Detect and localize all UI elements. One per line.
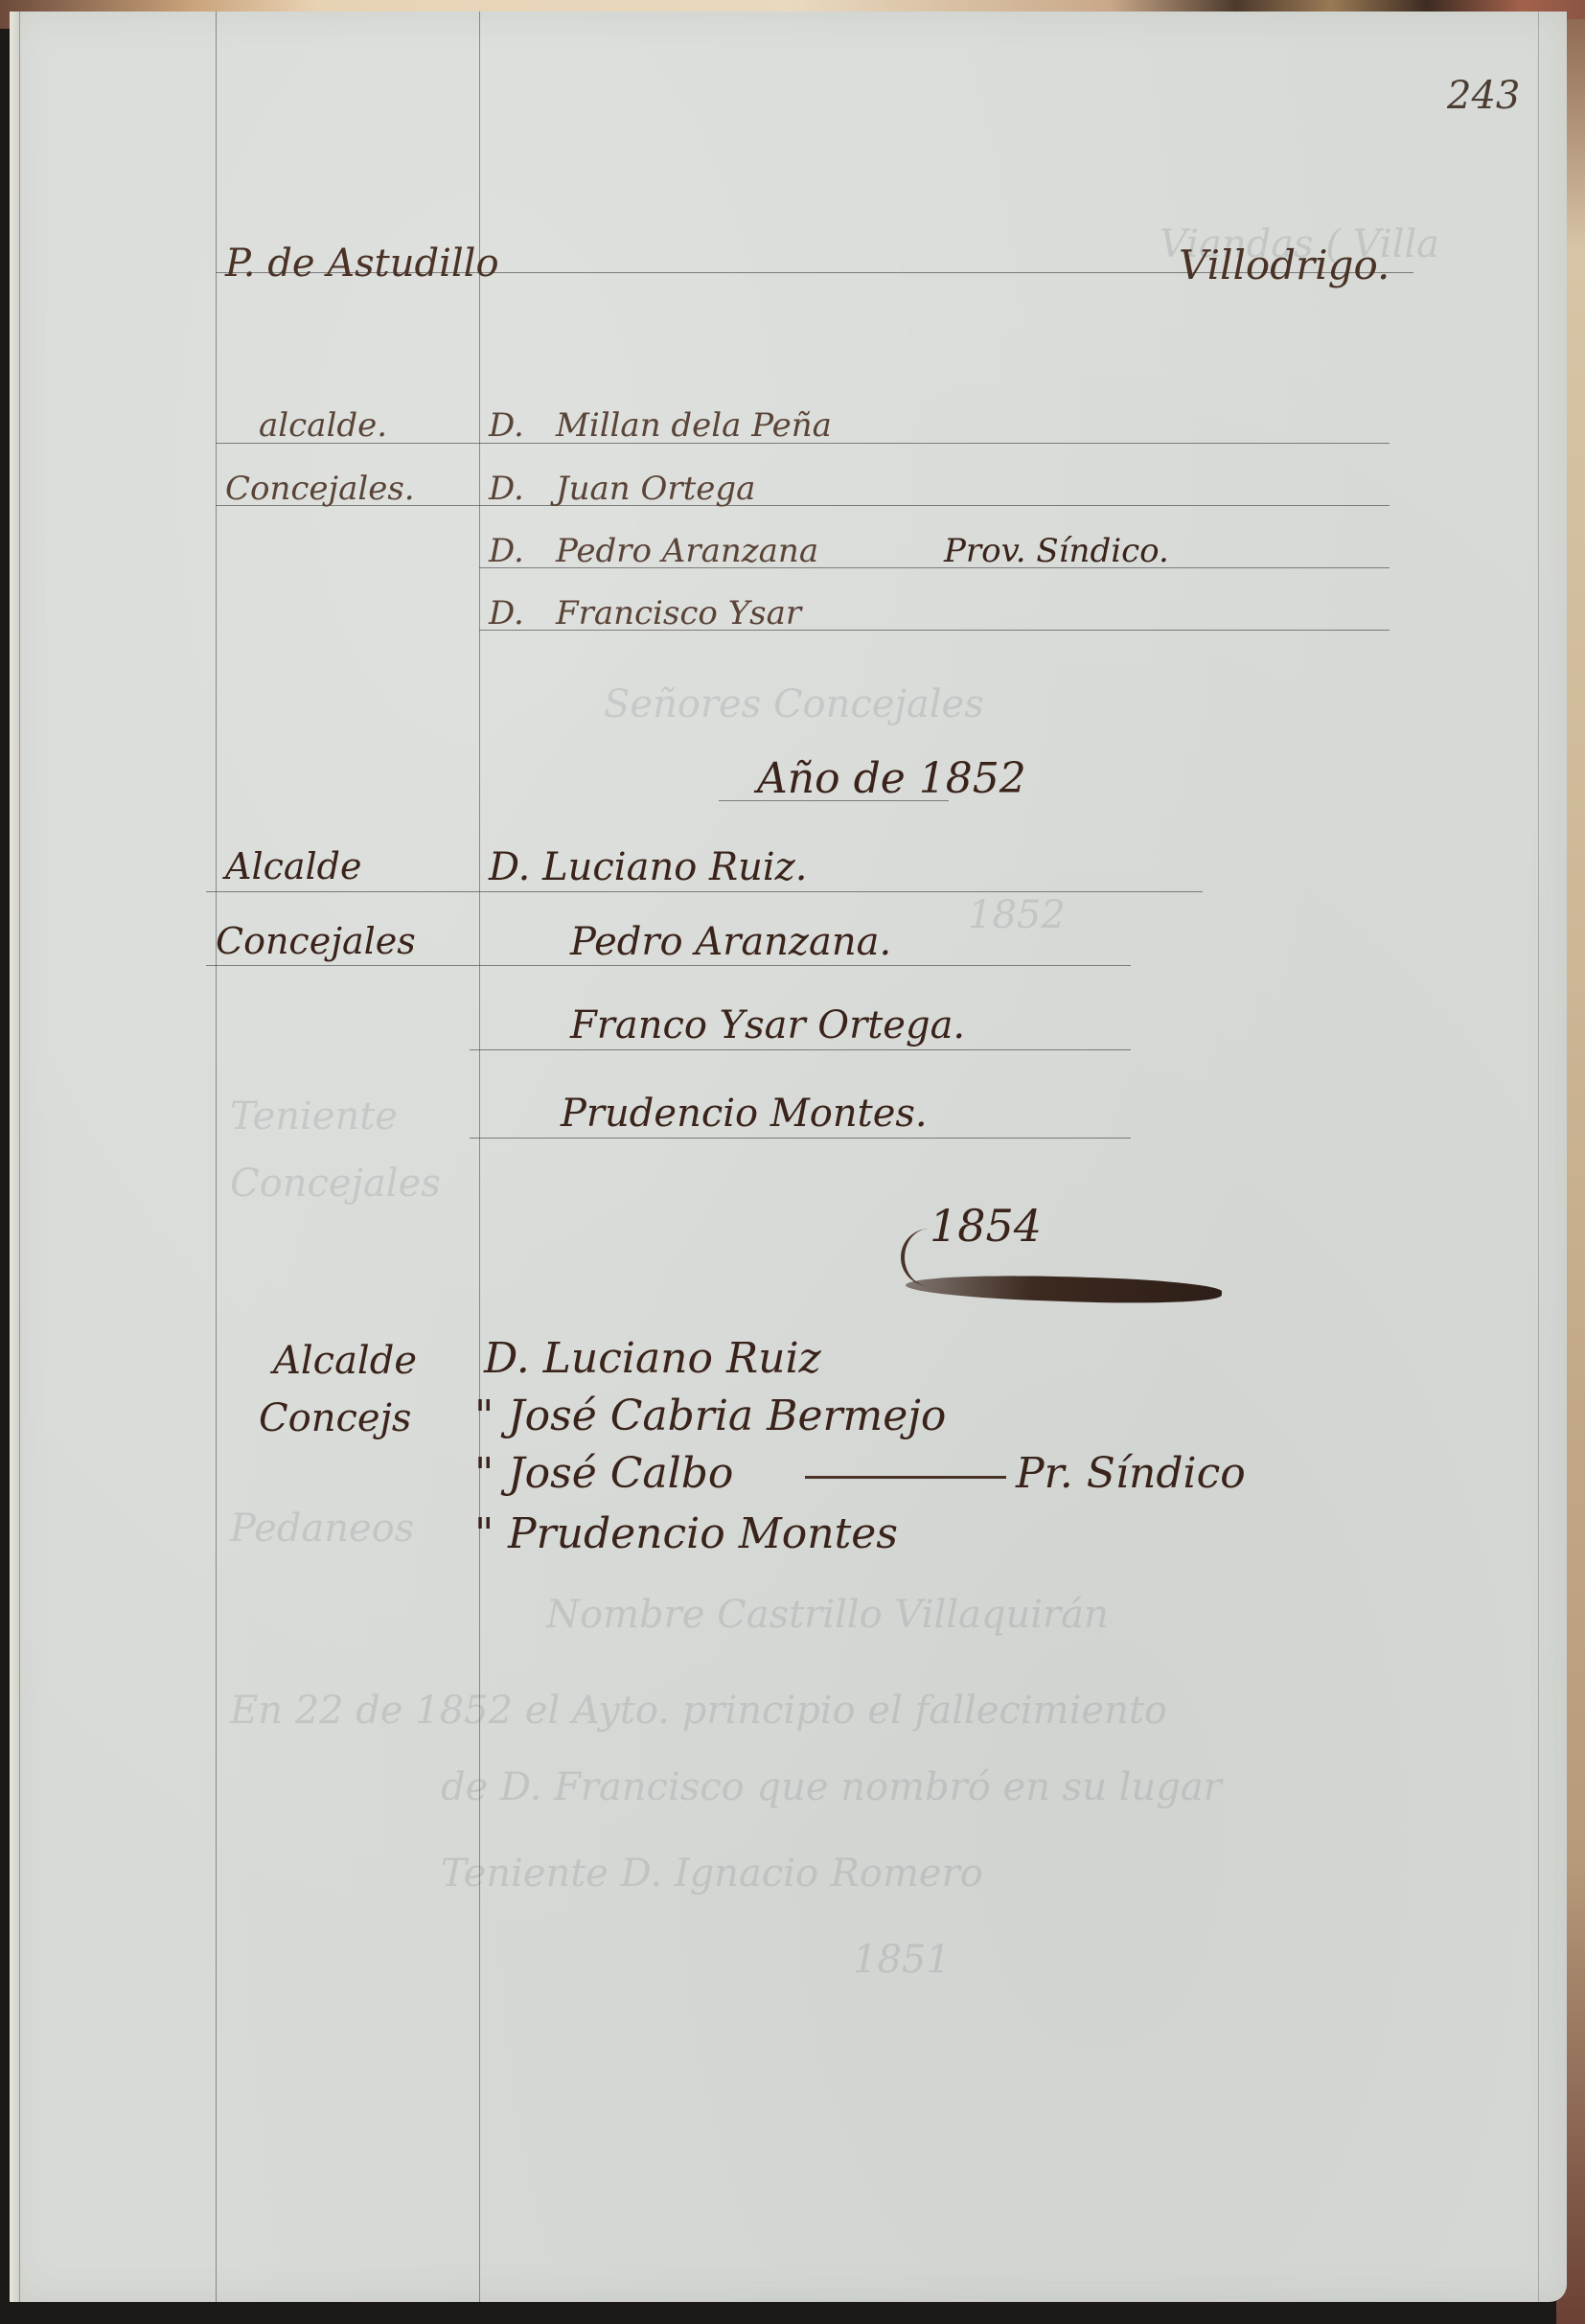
official-name: Pedro Aranzana xyxy=(556,532,818,570)
official-name: D. Luciano Ruiz. xyxy=(489,845,807,889)
official-name: Millan dela Peña xyxy=(556,406,832,445)
year-heading: Año de 1852 xyxy=(757,754,1026,803)
bleed-through-text: 1852 xyxy=(968,893,1066,937)
bleed-through-text: En 22 de 1852 el Ayto. principio el fall… xyxy=(230,1689,1167,1733)
ditto-mark: " xyxy=(474,1449,494,1498)
title-prefix: D. xyxy=(489,532,524,570)
ink-dash xyxy=(805,1476,1006,1479)
left-margin-rule xyxy=(216,12,217,2302)
ruled-line xyxy=(470,1138,1131,1139)
ruled-line xyxy=(206,891,1203,892)
role-label-concejales: Concejs xyxy=(259,1396,411,1440)
official-name: Francisco Ysar xyxy=(556,594,801,633)
year-heading: 1854 xyxy=(930,1200,1042,1252)
role-label-alcalde: Alcalde xyxy=(273,1339,417,1383)
official-note: Pr. Síndico xyxy=(1016,1449,1246,1498)
bleed-through-text: Teniente xyxy=(230,1094,398,1139)
ditto-mark: " xyxy=(474,1392,494,1440)
right-margin-rule xyxy=(1538,12,1539,2302)
header-left-place: P. de Astudillo xyxy=(225,242,499,286)
ruled-line xyxy=(206,965,1131,966)
header-right-place: Villodrigo. xyxy=(1179,242,1390,288)
official-name: José Calbo xyxy=(508,1449,733,1498)
official-name: Franco Ysar Ortega. xyxy=(570,1003,965,1047)
official-name: Juan Ortega xyxy=(556,470,755,508)
official-name: José Cabria Bermejo xyxy=(508,1392,946,1440)
bleed-through-text: Teniente D. Ignacio Romero xyxy=(441,1852,983,1896)
role-label-alcalde: alcalde. xyxy=(259,406,387,445)
bleed-through-text: de D. Francisco que nombró en su lugar xyxy=(441,1765,1222,1809)
official-name: D. Luciano Ruiz xyxy=(484,1334,821,1383)
label-column-rule xyxy=(479,12,480,2302)
bleed-through-text: 1851 xyxy=(853,1938,951,1982)
folio-number: 243 xyxy=(1447,74,1520,118)
title-prefix: D. xyxy=(489,406,524,445)
role-label-alcalde: Alcalde xyxy=(225,845,362,887)
bleed-through-text: Pedaneos xyxy=(230,1507,414,1551)
role-label-concejales: Concejales. xyxy=(225,470,415,508)
official-note: Prov. Síndico. xyxy=(944,532,1169,570)
title-prefix: D. xyxy=(489,470,524,508)
bleed-through-text: Nombre Castrillo Villaquirán xyxy=(546,1593,1109,1637)
official-name: Prudencio Montes. xyxy=(561,1092,928,1136)
bleed-through-text: Señores Concejales xyxy=(604,682,984,726)
page-left-edge xyxy=(10,12,20,2302)
ditto-mark: " xyxy=(474,1509,494,1558)
title-prefix: D. xyxy=(489,594,524,633)
role-label-concejales: Concejales xyxy=(216,920,416,962)
year-flourish-stroke xyxy=(906,1271,1223,1307)
ruled-line xyxy=(470,1049,1131,1050)
official-name: Prudencio Montes xyxy=(508,1509,898,1558)
bleed-through-text: Concejales xyxy=(230,1162,441,1206)
official-name: Pedro Aranzana. xyxy=(570,920,891,964)
manuscript-page: Viandas ( Villa Señores Concejales 1852 … xyxy=(10,12,1567,2302)
